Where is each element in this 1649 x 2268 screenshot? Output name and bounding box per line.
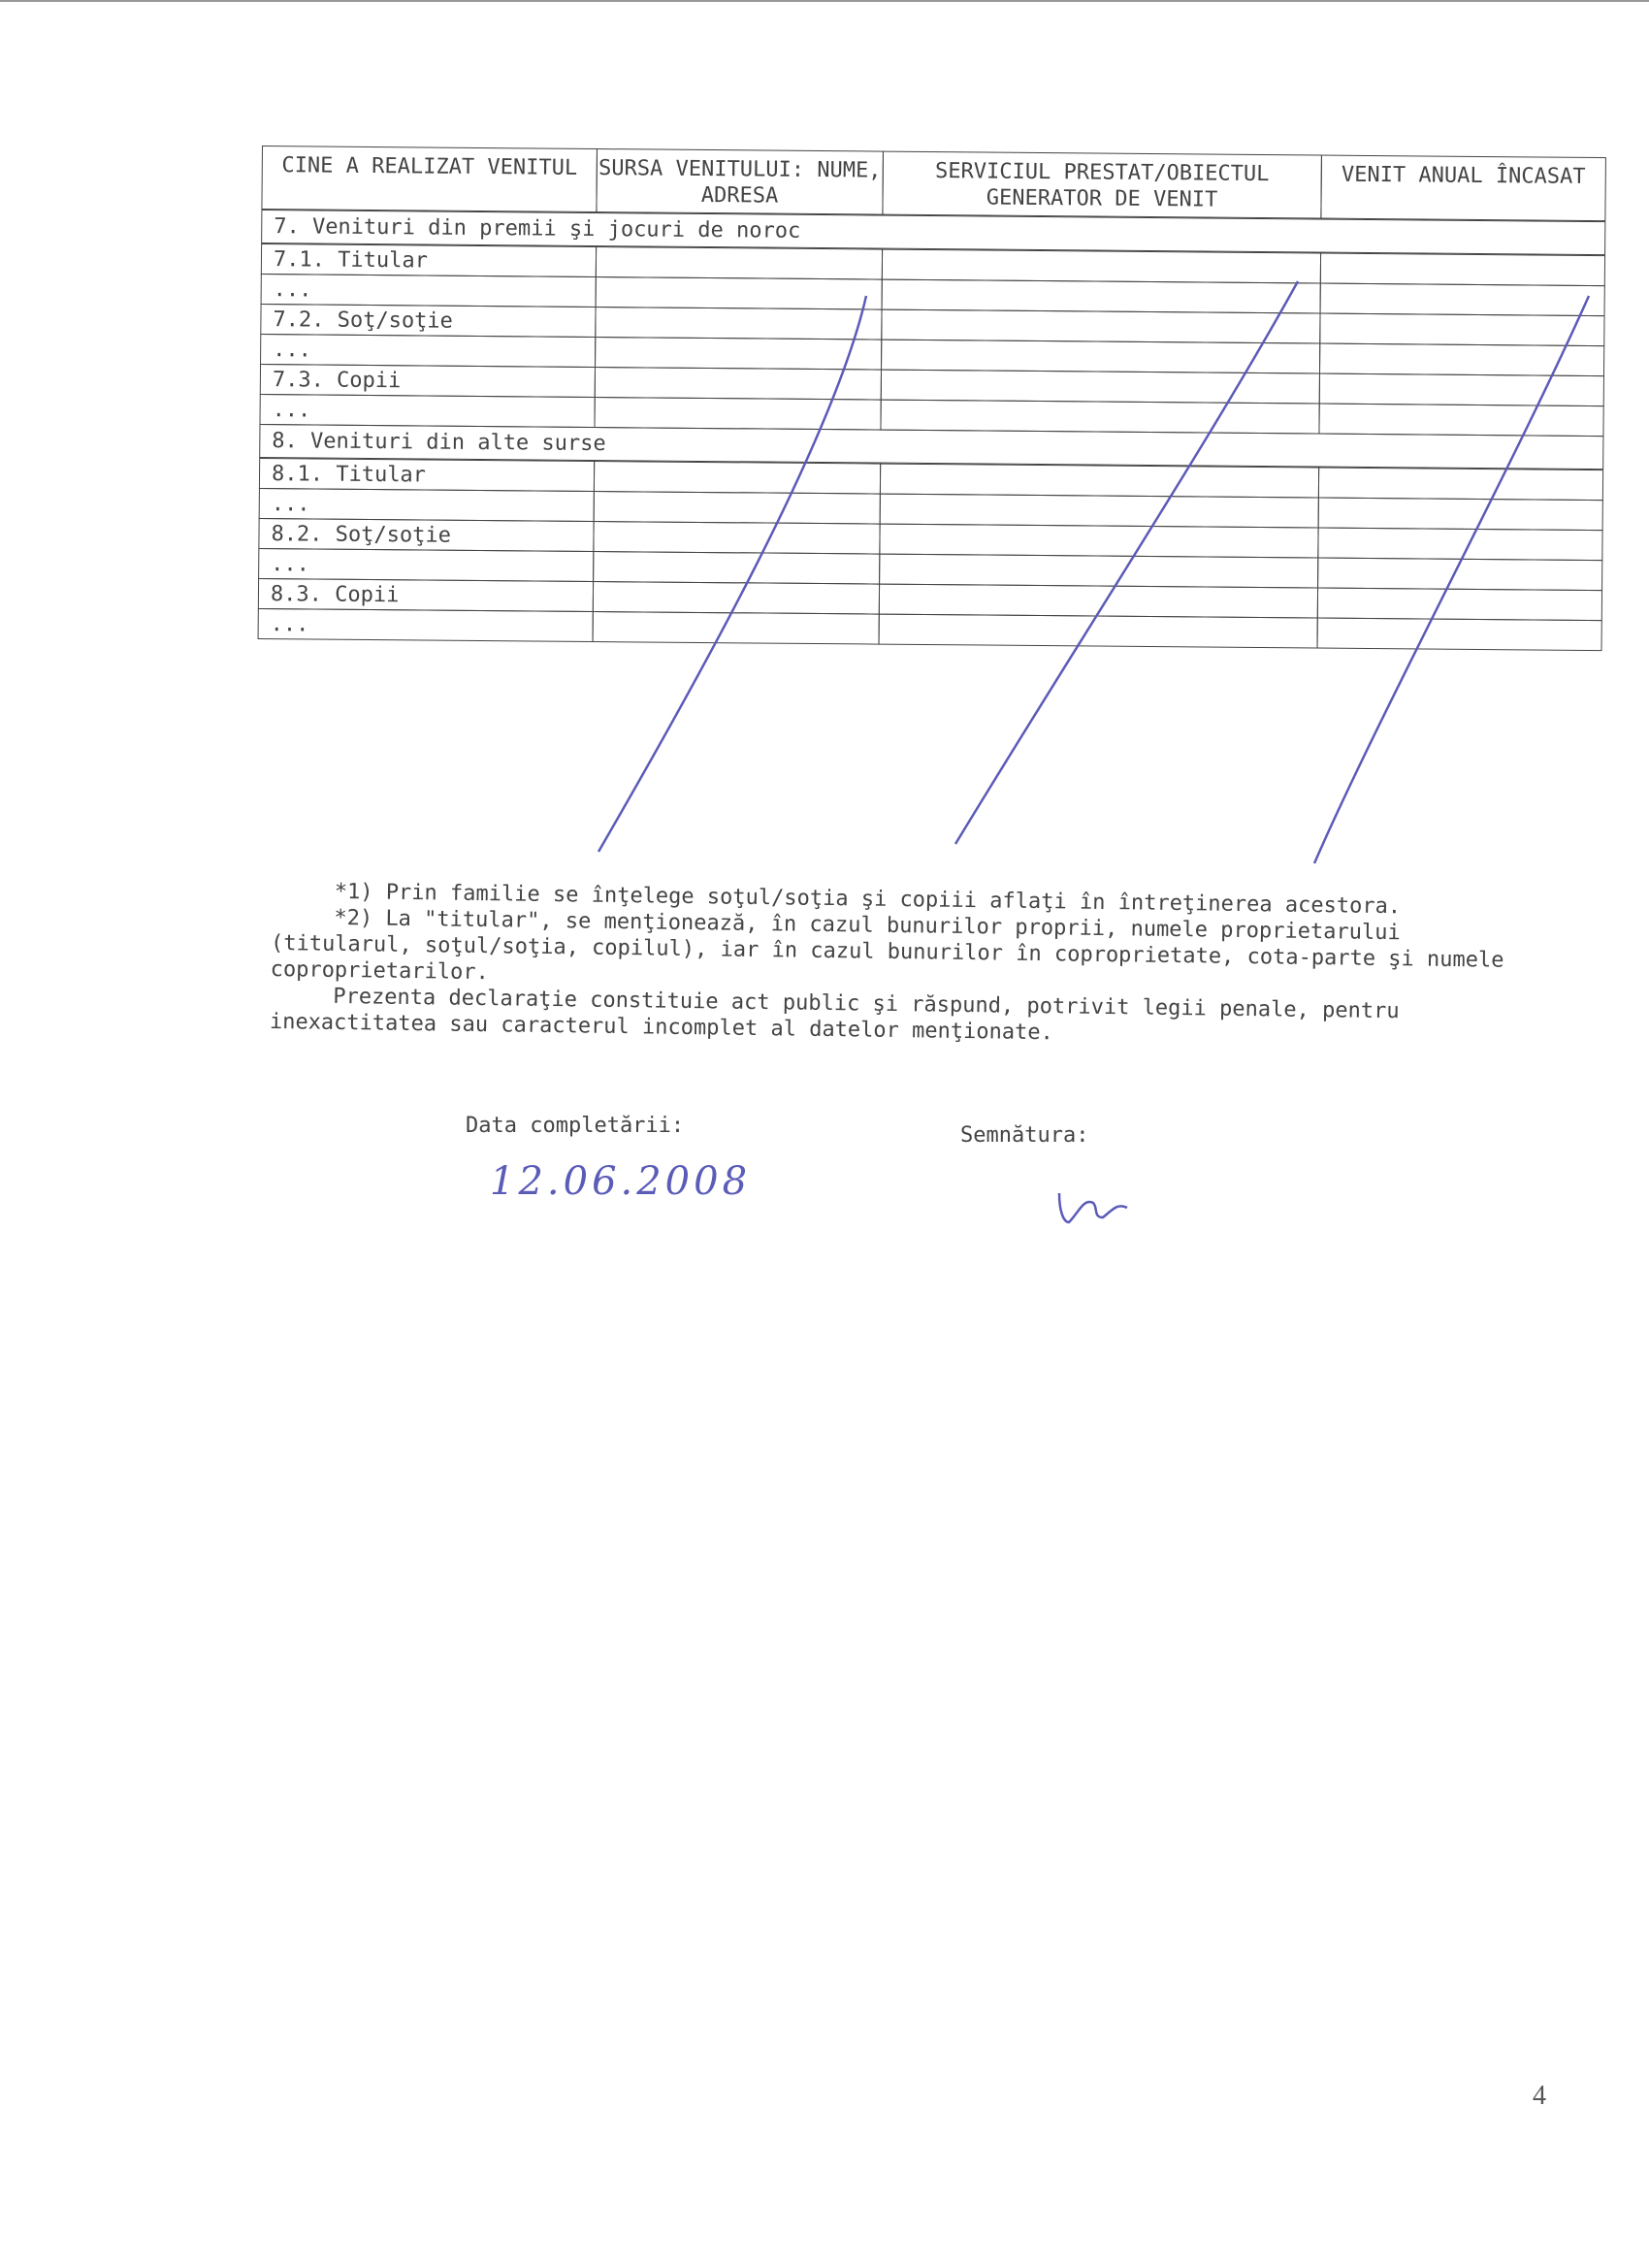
handwritten-strike-lines bbox=[0, 0, 1649, 2268]
handwritten-date: 12.06.2008 bbox=[490, 1159, 751, 1204]
signature-scribble bbox=[1059, 1193, 1127, 1222]
signature-label: Semnătura: bbox=[960, 1123, 1088, 1148]
date-label: Data completării: bbox=[466, 1114, 684, 1138]
footnotes: *1) Prin familie se înţelege soţul/soţia… bbox=[270, 878, 1513, 1053]
page-number: 4 bbox=[1533, 2081, 1546, 2112]
